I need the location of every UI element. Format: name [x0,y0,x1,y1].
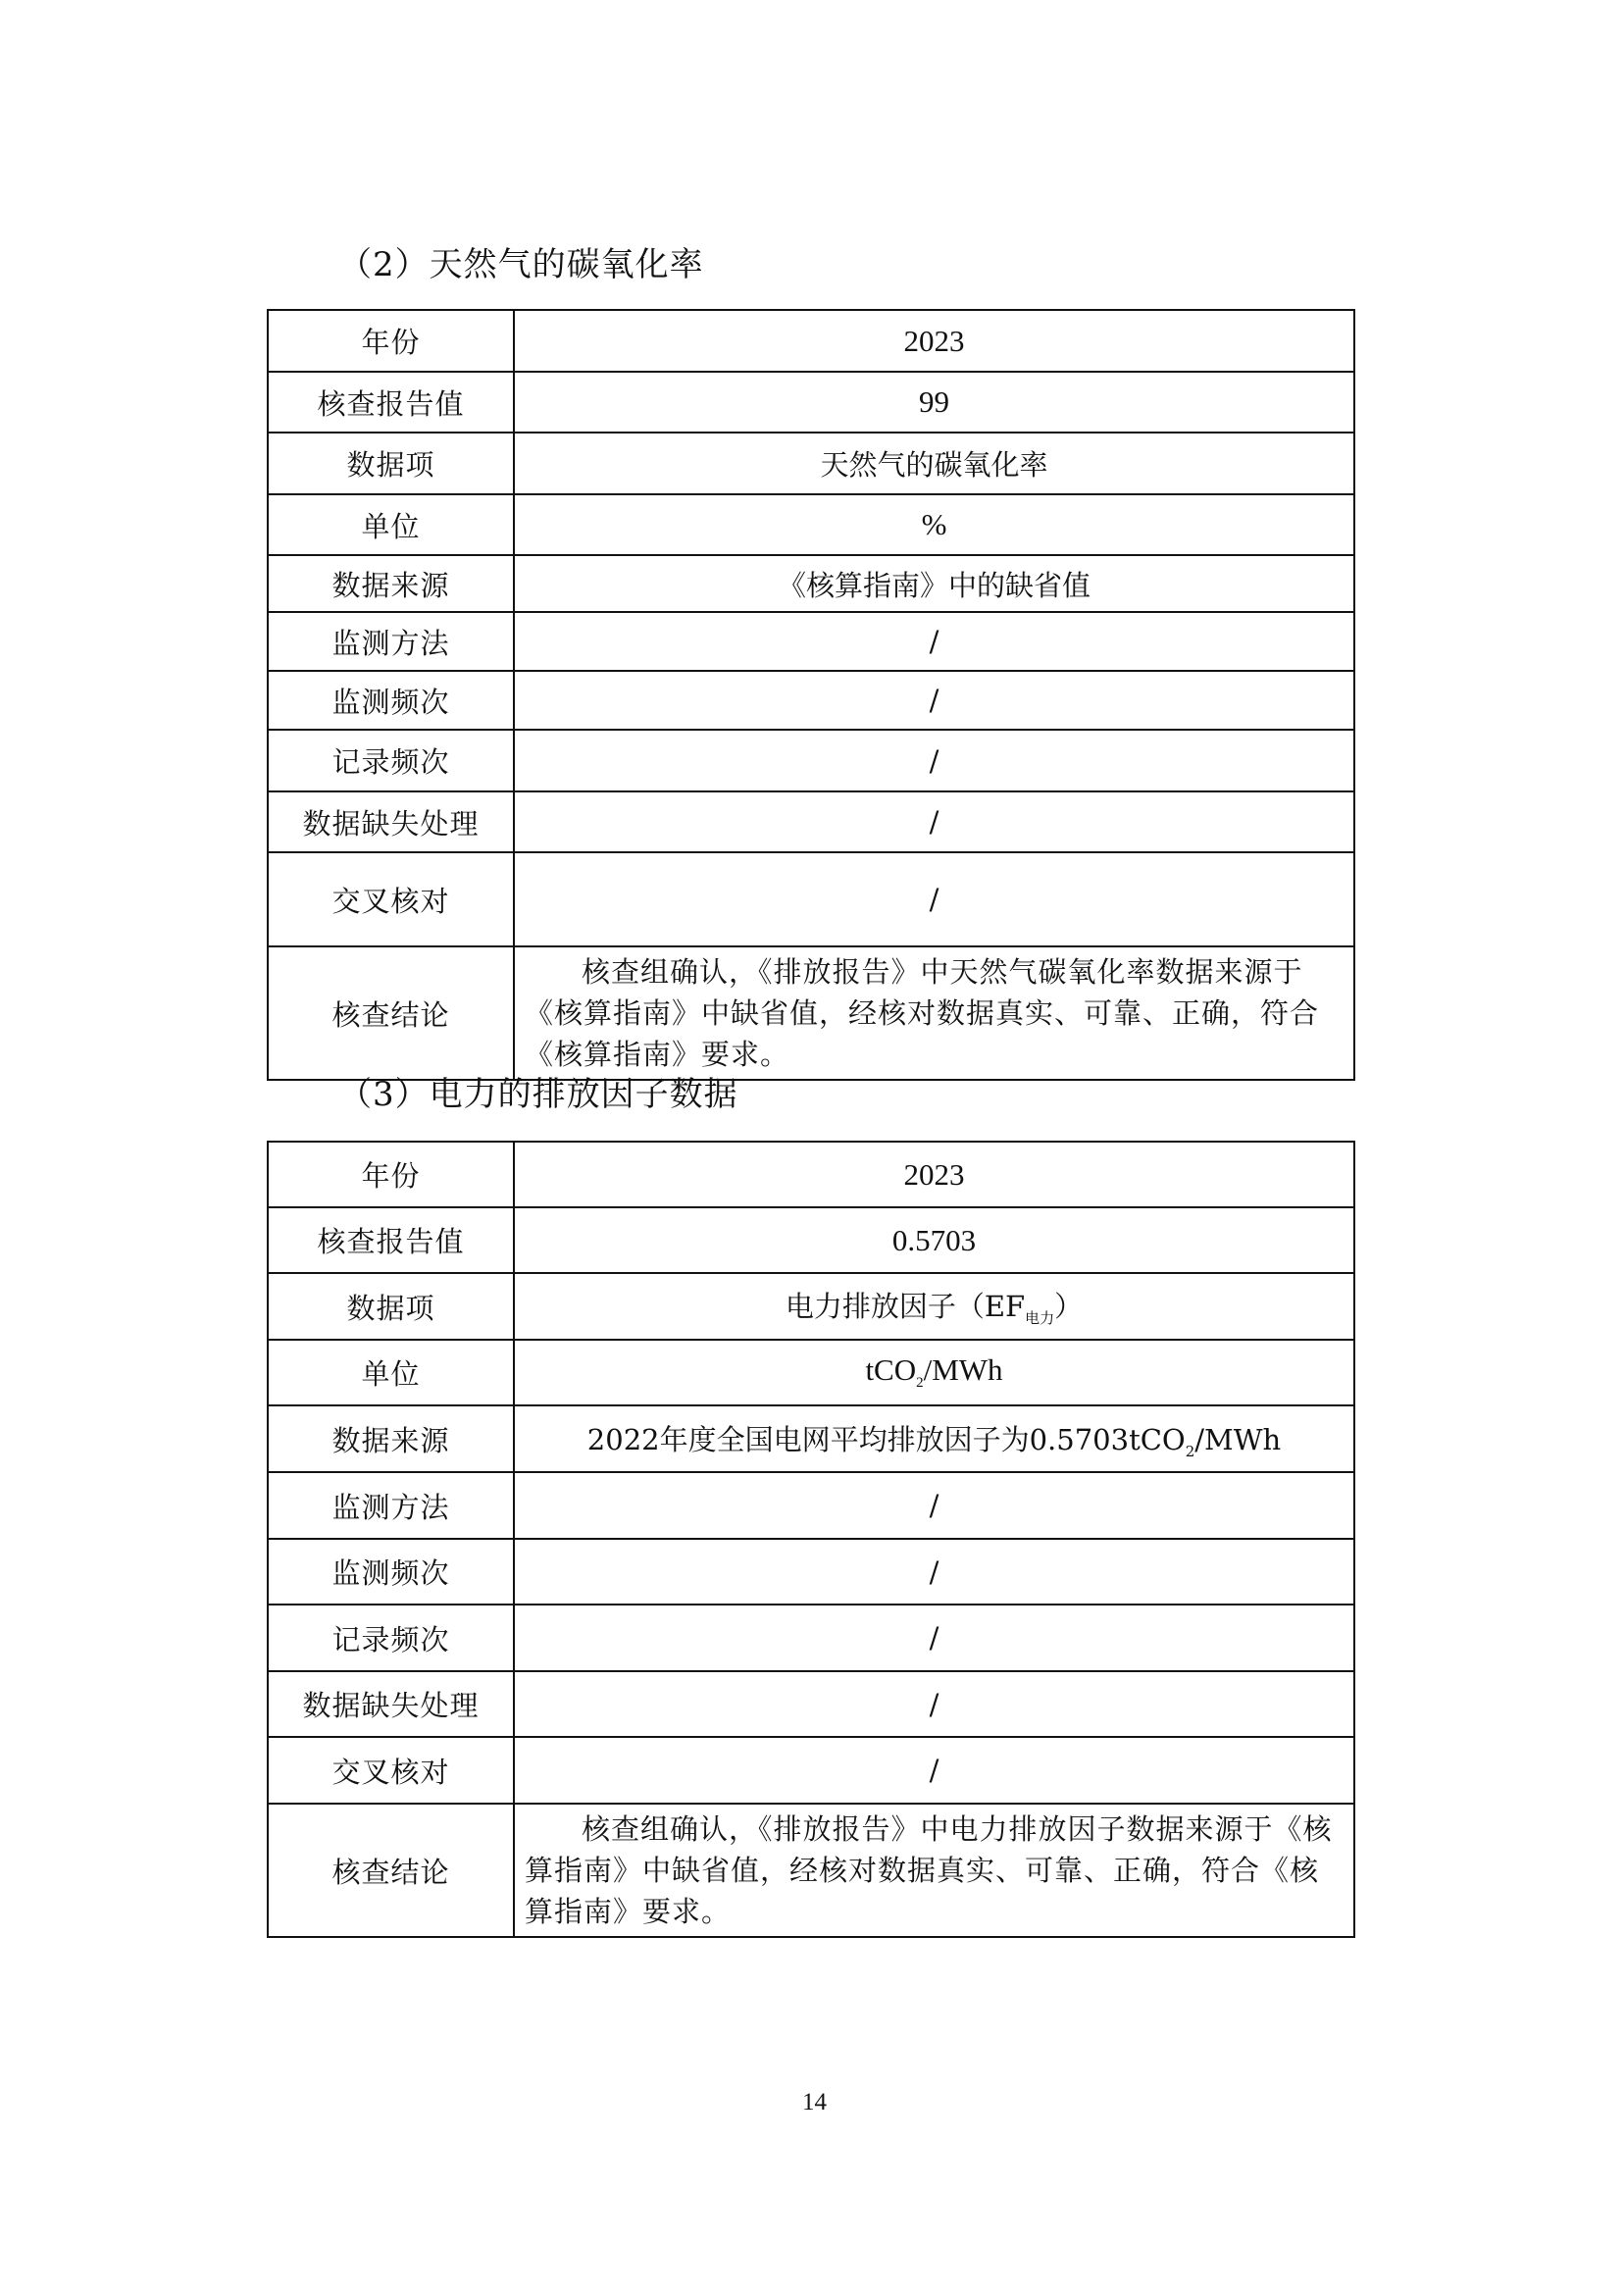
conclusion-text: 核查组确认，《排放报告》中电力排放因子数据来源于《核算指南》中缺省值，经核对数据… [514,1804,1354,1937]
row-label: 单位 [268,1340,514,1405]
table-row: 单位tCO2/MWh [268,1340,1354,1405]
table-row: 数据来源2022年度全国电网平均排放因子为0.5703tCO2/MWh [268,1405,1354,1472]
row-label: 记录频次 [268,730,514,791]
row-label: 核查结论 [268,946,514,1080]
row-label: 数据缺失处理 [268,1671,514,1737]
table-row: 数据来源《核算指南》中的缺省值 [268,555,1354,612]
row-value: / [514,791,1354,852]
electricity-emission-factor-table: 年份2023 核查报告值0.5703 数据项电力排放因子（EF电力） 单位tCO… [267,1141,1355,1938]
row-label: 数据项 [268,1273,514,1340]
row-label: 核查报告值 [268,1207,514,1273]
row-value: 《核算指南》中的缺省值 [514,555,1354,612]
table-row: 监测频次/ [268,671,1354,730]
table-row: 交叉核对/ [268,852,1354,946]
row-value: / [514,1539,1354,1605]
row-value: 2022年度全国电网平均排放因子为0.5703tCO2/MWh [514,1405,1354,1472]
row-value: tCO2/MWh [514,1340,1354,1405]
row-label: 年份 [268,1142,514,1207]
row-value: / [514,612,1354,671]
conclusion-text: 核查组确认，《排放报告》中天然气碳氧化率数据来源于《核算指南》中缺省值，经核对数… [514,946,1354,1080]
table-row: 核查结论核查组确认，《排放报告》中天然气碳氧化率数据来源于《核算指南》中缺省值，… [268,946,1354,1080]
carbon-oxidation-table: 年份2023 核查报告值99 数据项天然气的碳氧化率 单位% 数据来源《核算指南… [267,309,1355,1081]
table-row: 年份2023 [268,310,1354,372]
table-row: 数据缺失处理/ [268,791,1354,852]
table-row: 数据项电力排放因子（EF电力） [268,1273,1354,1340]
row-value: 2023 [514,310,1354,372]
row-label: 监测频次 [268,1539,514,1605]
row-label: 数据来源 [268,1405,514,1472]
row-label: 交叉核对 [268,1737,514,1804]
row-value: 99 [514,372,1354,433]
row-value: / [514,852,1354,946]
row-label: 核查结论 [268,1804,514,1937]
row-value: / [514,1671,1354,1737]
row-value: 0.5703 [514,1207,1354,1273]
row-label: 数据来源 [268,555,514,612]
table-row: 监测方法/ [268,1472,1354,1539]
row-label: 单位 [268,494,514,555]
row-value: / [514,1472,1354,1539]
table-row: 核查结论核查组确认，《排放报告》中电力排放因子数据来源于《核算指南》中缺省值，经… [268,1804,1354,1937]
row-value: / [514,671,1354,730]
table-row: 监测方法/ [268,612,1354,671]
row-value: % [514,494,1354,555]
row-label: 监测频次 [268,671,514,730]
row-label: 监测方法 [268,1472,514,1539]
table-row: 数据项天然气的碳氧化率 [268,433,1354,494]
section-2-heading: （2）天然气的碳氧化率 [338,237,704,285]
row-label: 核查报告值 [268,372,514,433]
table-row: 年份2023 [268,1142,1354,1207]
table-row: 交叉核对/ [268,1737,1354,1804]
table-row: 监测频次/ [268,1539,1354,1605]
table-row: 数据缺失处理/ [268,1671,1354,1737]
table-row: 单位% [268,494,1354,555]
table-row: 核查报告值0.5703 [268,1207,1354,1273]
row-value: / [514,730,1354,791]
row-value: / [514,1737,1354,1804]
row-label: 监测方法 [268,612,514,671]
row-label: 数据缺失处理 [268,791,514,852]
row-value: / [514,1605,1354,1671]
row-label: 交叉核对 [268,852,514,946]
row-value: 天然气的碳氧化率 [514,433,1354,494]
row-label: 数据项 [268,433,514,494]
table-row: 核查报告值99 [268,372,1354,433]
row-label: 记录频次 [268,1605,514,1671]
row-value: 电力排放因子（EF电力） [514,1273,1354,1340]
table-row: 记录频次/ [268,1605,1354,1671]
table-row: 记录频次/ [268,730,1354,791]
row-value: 2023 [514,1142,1354,1207]
section-3-heading: （3）电力的排放因子数据 [338,1067,738,1115]
row-label: 年份 [268,310,514,372]
page-number: 14 [802,2089,827,2116]
